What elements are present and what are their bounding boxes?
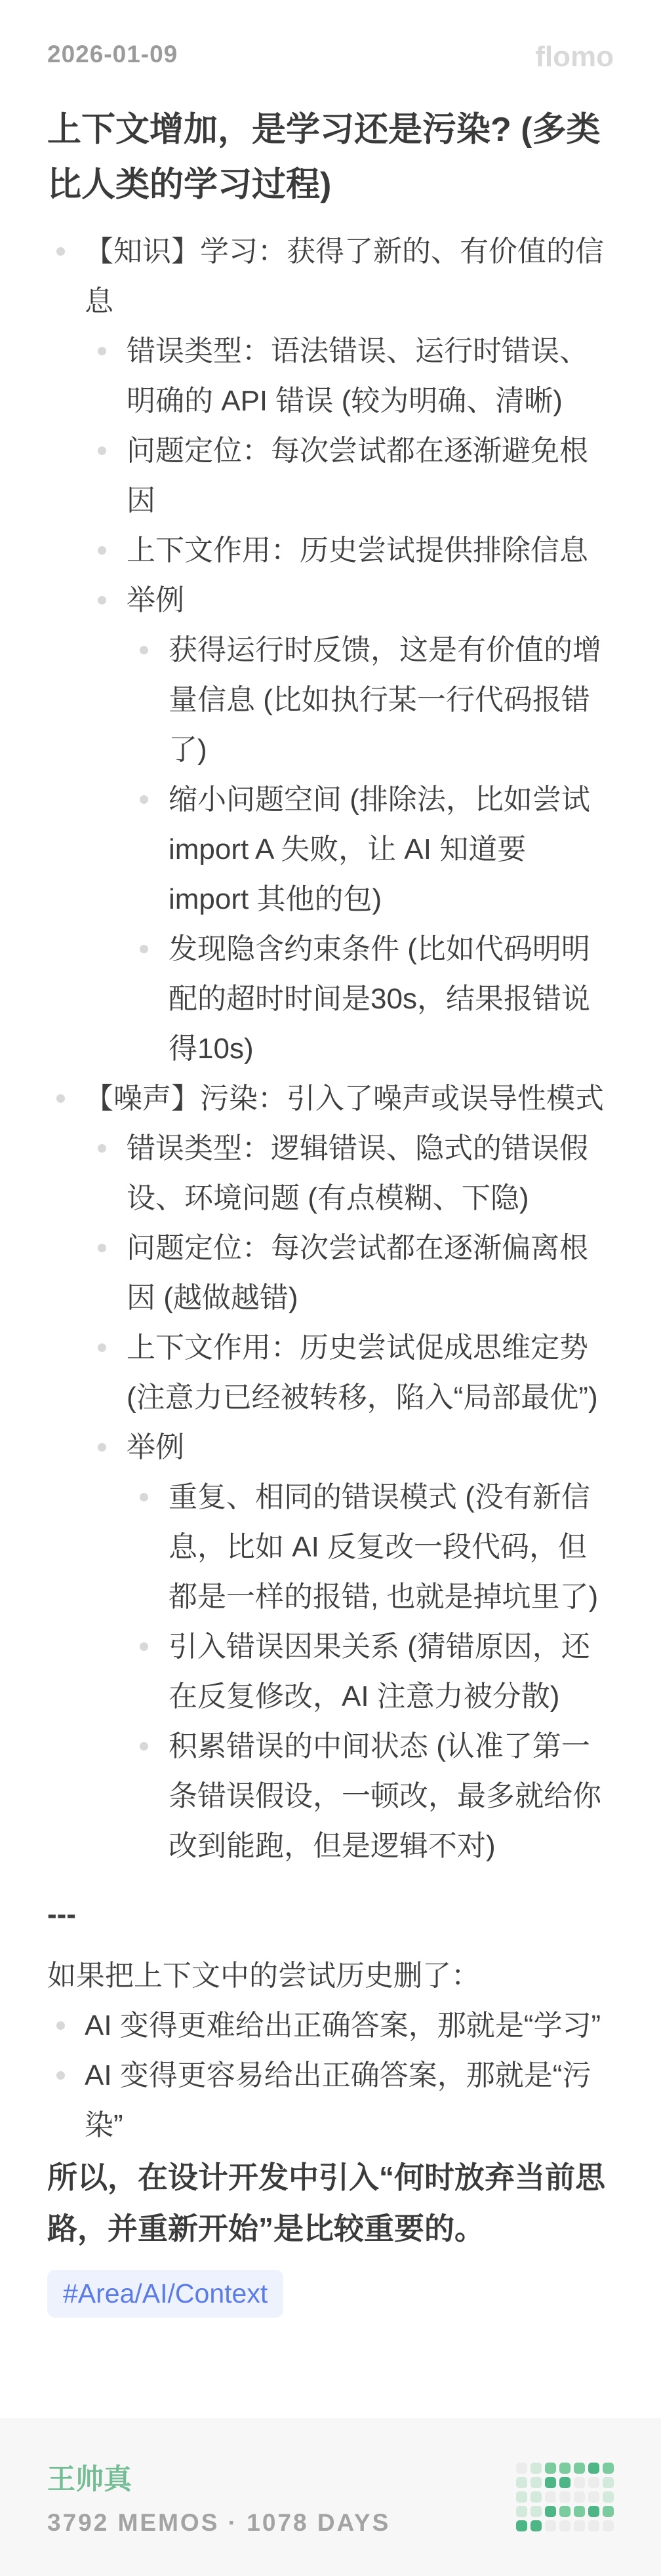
heatmap-cell	[588, 2463, 599, 2474]
list-item-text: AI 变得更容易给出正确答案，那就是“污染”	[85, 2059, 591, 2141]
list-item-text: AI 变得更难给出正确答案，那就是“学习”	[85, 2010, 601, 2042]
question-paragraph: 如果把上下文中的尝试历史删了：	[47, 1951, 614, 2001]
bullet-icon	[140, 1742, 148, 1751]
footer: 王帅真 3792 MEMOS · 1078 DAYS	[0, 2418, 661, 2576]
list-item-text: 上下文作用：历史尝试提供排除信息	[127, 534, 588, 566]
list-item-text: 问题定位：每次尝试都在逐渐避免根因	[127, 435, 588, 517]
heatmap-cell	[588, 2491, 599, 2503]
author-name: 王帅真	[47, 2457, 390, 2497]
list-item: 【知识】学习：获得了新的、有价值的信息 错误类型：语法错误、运行时错误、明确的 …	[47, 227, 614, 1074]
bullet-icon	[98, 1443, 106, 1452]
memo-card: 2026-01-09 flomo 上下文增加，是学习还是污染? (多类比人类的学…	[0, 0, 661, 2576]
outline-sublist: 错误类型：语法错误、运行时错误、明确的 API 错误 (较为明确、清晰) 问题定…	[85, 327, 614, 1074]
list-item: 上下文作用：历史尝试促成思维定势 (注意力已经被转移，陷入“局部最优”)	[85, 1323, 614, 1423]
bullet-icon	[140, 1493, 148, 1501]
heatmap-cell	[574, 2463, 585, 2474]
bullet-icon	[98, 1343, 106, 1352]
heatmap-cell	[559, 2477, 571, 2488]
list-item-text: 发现隐含约束条件 (比如代码明明配的超时时间是30s，结果报错说得10s)	[169, 933, 590, 1065]
heatmap-cell	[545, 2520, 556, 2531]
memo-content: 2026-01-09 flomo 上下文增加，是学习还是污染? (多类比人类的学…	[0, 0, 661, 2418]
bullet-icon	[98, 546, 106, 555]
heatmap-cell	[574, 2477, 585, 2488]
outline-list: 【知识】学习：获得了新的、有价值的信息 错误类型：语法错误、运行时错误、明确的 …	[47, 227, 614, 1871]
list-item-text: 【噪声】污染：引入了噪声或误导性模式	[85, 1082, 604, 1115]
flomo-logo: flomo	[535, 41, 614, 73]
heatmap-cell	[545, 2491, 556, 2503]
heatmap-cell	[516, 2477, 527, 2488]
bullet-icon	[140, 945, 148, 953]
list-item: 发现隐含约束条件 (比如代码明明配的超时时间是30s，结果报错说得10s)	[127, 924, 614, 1074]
list-item-text: 错误类型：逻辑错误、隐式的错误假设、环境问题 (有点模糊、下隐)	[127, 1132, 588, 1214]
heatmap-cell	[531, 2491, 542, 2503]
divider-text: ---	[47, 1890, 614, 1939]
heatmap-cell	[559, 2463, 571, 2474]
bullet-icon	[98, 596, 106, 604]
list-item: 引入错误因果关系 (猜错原因，还在反复修改，AI 注意力被分散)	[127, 1622, 614, 1722]
answers-list: AI 变得更难给出正确答案，那就是“学习” AI 变得更容易给出正确答案，那就是…	[47, 2001, 614, 2150]
list-item: AI 变得更难给出正确答案，那就是“学习”	[47, 2001, 614, 2051]
bullet-icon	[56, 247, 65, 256]
list-item-text: 缩小问题空间 (排除法，比如尝试 import A 失败，让 AI 知道要 im…	[169, 783, 590, 915]
memo-stats: 3792 MEMOS · 1078 DAYS	[47, 2509, 390, 2537]
list-item-text: 问题定位：每次尝试都在逐渐偏离根因 (越做越错)	[127, 1232, 588, 1314]
list-item: 【噪声】污染：引入了噪声或误导性模式 错误类型：逻辑错误、隐式的错误假设、环境问…	[47, 1074, 614, 1871]
list-item: 重复、相同的错误模式 (没有新信息，比如 AI 反复改一段代码，但都是一样的报错…	[127, 1473, 614, 1622]
bullet-icon	[140, 795, 148, 804]
conclusion-paragraph: 所以，在设计开发中引入“何时放弃当前思路，并重新开始”是比较重要的。	[47, 2152, 614, 2254]
heatmap-cell	[588, 2506, 599, 2517]
heatmap-cell	[516, 2506, 527, 2517]
heatmap-cell	[516, 2491, 527, 2503]
memo-date: 2026-01-09	[47, 41, 178, 68]
heatmap-cell	[531, 2506, 542, 2517]
heatmap-cell	[516, 2520, 527, 2531]
heatmap-cell	[574, 2491, 585, 2503]
list-item: 缩小问题空间 (排除法，比如尝试 import A 失败，让 AI 知道要 im…	[127, 775, 614, 924]
heatmap-cell	[545, 2506, 556, 2517]
heatmap-cell	[588, 2520, 599, 2531]
list-item-text: 上下文作用：历史尝试促成思维定势 (注意力已经被转移，陷入“局部最优”)	[127, 1332, 598, 1414]
heatmap-cell	[574, 2506, 585, 2517]
bullet-icon	[98, 446, 106, 455]
heatmap-cell	[516, 2463, 527, 2474]
list-item-text: 重复、相同的错误模式 (没有新信息，比如 AI 反复改一段代码，但都是一样的报错…	[169, 1481, 598, 1613]
list-item-text: 获得运行时反馈，这是有价值的增量信息 (比如执行某一行代码报错了)	[169, 634, 601, 766]
heatmap-cell	[559, 2491, 571, 2503]
outline-sublist: 获得运行时反馈，这是有价值的增量信息 (比如执行某一行代码报错了) 缩小问题空间…	[127, 625, 614, 1074]
list-item: 举例 重复、相同的错误模式 (没有新信息，比如 AI 反复改一段代码，但都是一样…	[85, 1423, 614, 1871]
heatmap-cell	[574, 2520, 585, 2531]
bullet-icon	[140, 1642, 148, 1651]
list-item-text: 举例	[127, 1431, 184, 1463]
bullet-icon	[98, 1144, 106, 1153]
bullet-icon	[140, 646, 148, 654]
list-item: 获得运行时反馈，这是有价值的增量信息 (比如执行某一行代码报错了)	[127, 625, 614, 775]
heatmap-cell	[603, 2491, 614, 2503]
contribution-heatmap	[516, 2463, 614, 2531]
list-item: 错误类型：语法错误、运行时错误、明确的 API 错误 (较为明确、清晰)	[85, 327, 614, 426]
heatmap-cell	[531, 2477, 542, 2488]
list-item: 问题定位：每次尝试都在逐渐偏离根因 (越做越错)	[85, 1223, 614, 1323]
bullet-icon	[98, 1244, 106, 1252]
list-item: 上下文作用：历史尝试提供排除信息	[85, 526, 614, 576]
footer-author-block: 王帅真 3792 MEMOS · 1078 DAYS	[47, 2457, 390, 2537]
list-item: 积累错误的中间状态 (认准了第一条错误假设，一顿改，最多就给你改到能跑，但是逻辑…	[127, 1722, 614, 1871]
outline-sublist: 错误类型：逻辑错误、隐式的错误假设、环境问题 (有点模糊、下隐) 问题定位：每次…	[85, 1124, 614, 1871]
bullet-icon	[56, 2071, 65, 2080]
heatmap-cell	[588, 2477, 599, 2488]
list-item-text: 举例	[127, 584, 184, 616]
heatmap-cell	[545, 2477, 556, 2488]
bullet-icon	[56, 1094, 65, 1103]
topic-tag[interactable]: #Area/AI/Context	[47, 2270, 283, 2318]
heatmap-cell	[603, 2463, 614, 2474]
list-item: 问题定位：每次尝试都在逐渐避免根因	[85, 426, 614, 526]
heatmap-cell	[545, 2463, 556, 2474]
list-item: 举例 获得运行时反馈，这是有价值的增量信息 (比如执行某一行代码报错了) 缩小问…	[85, 576, 614, 1074]
heatmap-cell	[603, 2520, 614, 2531]
list-item-text: 引入错误因果关系 (猜错原因，还在反复修改，AI 注意力被分散)	[169, 1631, 590, 1713]
memo-title: 上下文增加，是学习还是污染? (多类比人类的学习过程)	[47, 102, 614, 212]
bullet-icon	[56, 2021, 65, 2030]
outline-sublist: 重复、相同的错误模式 (没有新信息，比如 AI 反复改一段代码，但都是一样的报错…	[127, 1473, 614, 1871]
list-item-text: 积累错误的中间状态 (认准了第一条错误假设，一顿改，最多就给你改到能跑，但是逻辑…	[169, 1730, 601, 1862]
heatmap-cell	[559, 2520, 571, 2531]
heatmap-cell	[559, 2506, 571, 2517]
heatmap-cell	[531, 2520, 542, 2531]
list-item-text: 错误类型：语法错误、运行时错误、明确的 API 错误 (较为明确、清晰)	[127, 335, 588, 417]
heatmap-cell	[531, 2463, 542, 2474]
list-item-text: 【知识】学习：获得了新的、有价值的信息	[85, 235, 604, 317]
card-header: 2026-01-09 flomo	[47, 41, 614, 73]
bullet-icon	[98, 347, 106, 355]
heatmap-cell	[603, 2506, 614, 2517]
heatmap-cell	[603, 2477, 614, 2488]
list-item: AI 变得更容易给出正确答案，那就是“污染”	[47, 2051, 614, 2150]
list-item: 错误类型：逻辑错误、隐式的错误假设、环境问题 (有点模糊、下隐)	[85, 1124, 614, 1223]
